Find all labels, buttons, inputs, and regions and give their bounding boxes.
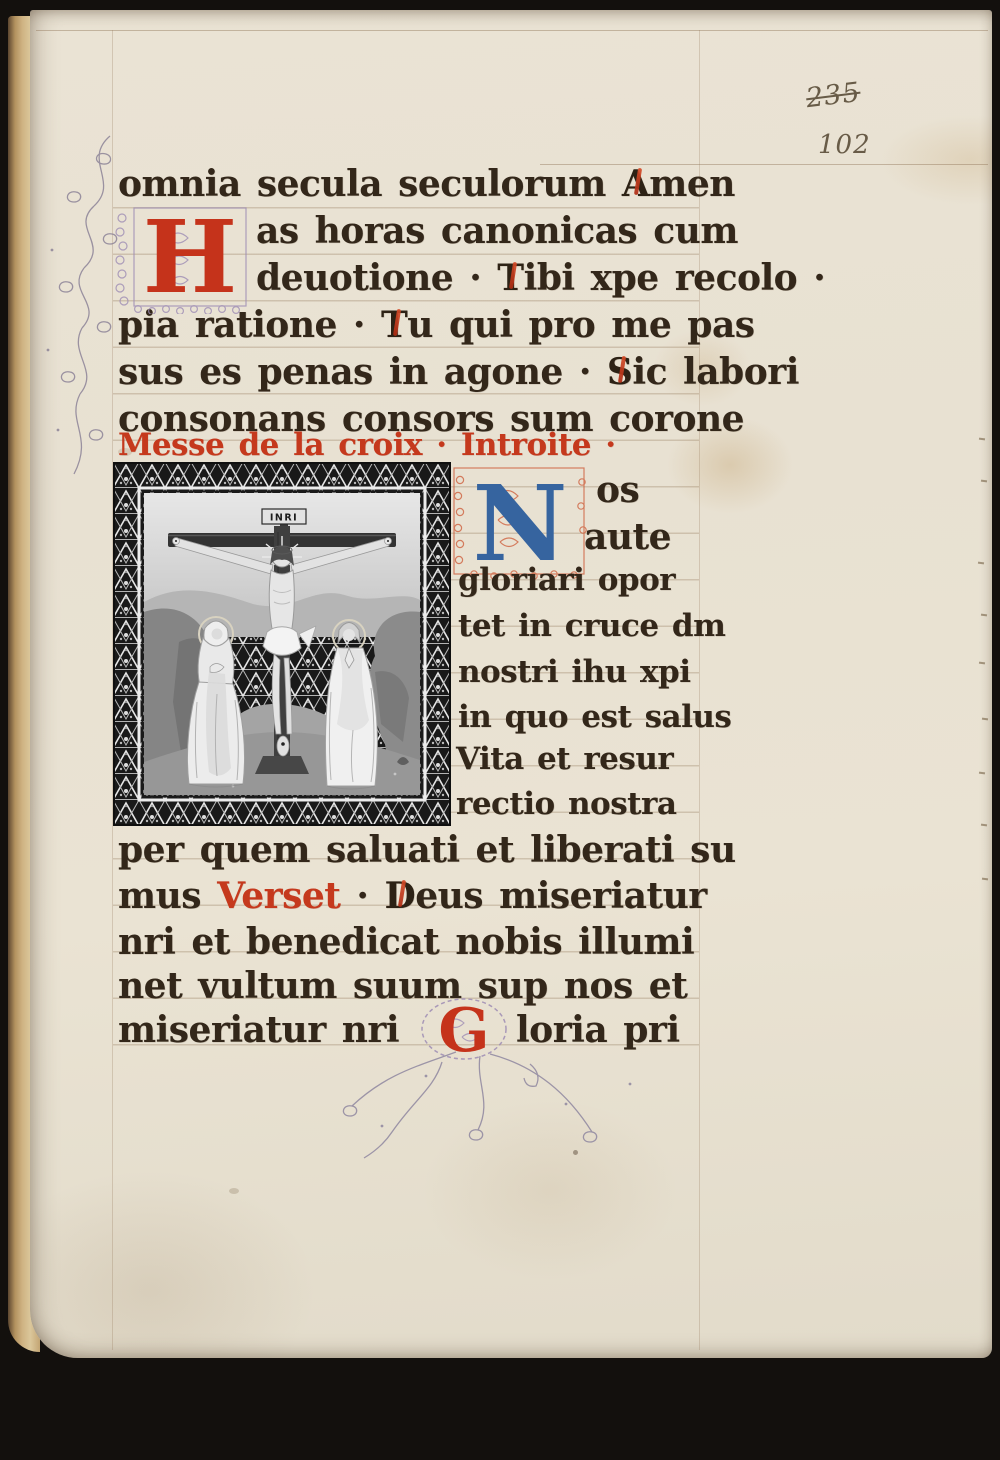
folio-number-struck: 235 bbox=[804, 77, 862, 114]
text-segment: rectio nostra bbox=[456, 786, 676, 822]
text-segment: as horas canonicas cum bbox=[256, 210, 738, 252]
text-line: in quo est salus bbox=[458, 702, 731, 733]
text-line: nostri ihu xpi bbox=[458, 657, 690, 688]
text-line: miseriatur nri bbox=[118, 1012, 399, 1048]
text-segment: Vita et resur bbox=[456, 741, 673, 777]
text-line: mus Verset · Deus miseriatur bbox=[118, 878, 707, 914]
text-segment: miseriatur nri bbox=[118, 1009, 399, 1051]
text-segment: omnia secula seculorum bbox=[118, 163, 622, 205]
margin-flourish-left bbox=[22, 130, 126, 482]
initial-h-penwork: H bbox=[112, 204, 252, 314]
text-line: sus es penas in agone · Sic labori bbox=[118, 354, 799, 390]
text-line: omnia secula seculorum Amen bbox=[118, 166, 735, 202]
initial-g-letter: G bbox=[438, 996, 489, 1066]
text-segment: deuotione · bbox=[256, 257, 497, 299]
text-segment: T bbox=[381, 307, 407, 343]
text-segment: A bbox=[622, 166, 649, 202]
text-line: Vita et resur bbox=[456, 744, 673, 775]
text-segment: mus bbox=[118, 875, 217, 917]
text-segment: loria pri bbox=[516, 1009, 680, 1051]
text-line: as horas canonicas cum bbox=[256, 213, 738, 249]
text-segment: ic labori bbox=[632, 351, 798, 393]
text-segment: os bbox=[596, 469, 639, 511]
text-line: aute bbox=[584, 519, 671, 555]
text-line: deuotione · Tibi xpe recolo · bbox=[256, 260, 825, 296]
text-line: gloriari opor bbox=[458, 565, 675, 596]
text-segment: aute bbox=[584, 516, 671, 558]
text-line: os bbox=[596, 472, 639, 508]
titulus-text: INRI bbox=[270, 513, 298, 524]
ruled-line-top bbox=[36, 30, 988, 31]
text-segment: ibi xpe recolo · bbox=[524, 257, 826, 299]
stain-speck bbox=[229, 1188, 239, 1194]
text-segment: · bbox=[340, 875, 384, 917]
miniature-scene: INRI bbox=[144, 493, 420, 795]
text-segment: net vultum suum sup nos et bbox=[118, 965, 687, 1007]
text-segment: per quem saluati et liberati su bbox=[118, 829, 736, 871]
initial-h-letter: H bbox=[143, 204, 237, 314]
text-line: rectio nostra bbox=[456, 789, 676, 820]
crucifixion-miniature: INRI bbox=[113, 462, 451, 826]
text-line: loria pri bbox=[516, 1012, 680, 1048]
folio-number: 102 bbox=[818, 130, 871, 160]
text-line: per quem saluati et liberati su bbox=[118, 832, 736, 868]
text-segment: u qui pro me pas bbox=[407, 304, 754, 346]
text-segment: gloriari opor bbox=[458, 562, 675, 598]
text-segment: men bbox=[649, 163, 735, 205]
text-segment: sus es penas in agone · bbox=[118, 351, 607, 393]
text-segment: nostri ihu xpi bbox=[458, 654, 690, 690]
text-segment: tet in cruce dm bbox=[458, 608, 725, 644]
text-segment: in quo est salus bbox=[458, 699, 731, 735]
text-line: tet in cruce dm bbox=[458, 611, 725, 642]
initial-g-penwork: G bbox=[416, 993, 512, 1067]
text-line: nri et benedicat nobis illumi bbox=[118, 924, 694, 960]
text-segment: T bbox=[497, 260, 523, 296]
text-line: net vultum suum sup nos et bbox=[118, 968, 687, 1004]
text-segment: eus miseriatur bbox=[415, 875, 707, 917]
rubric-line: Messe de la croix · Introite · bbox=[118, 430, 616, 461]
text-segment: Verset bbox=[217, 875, 340, 917]
text-segment: S bbox=[607, 354, 633, 390]
text-segment: nri et benedicat nobis illumi bbox=[118, 921, 694, 963]
manuscript-photo: 235 102 omnia secula seculorum Amen as h… bbox=[0, 0, 1000, 1460]
text-segment: D bbox=[385, 878, 416, 914]
